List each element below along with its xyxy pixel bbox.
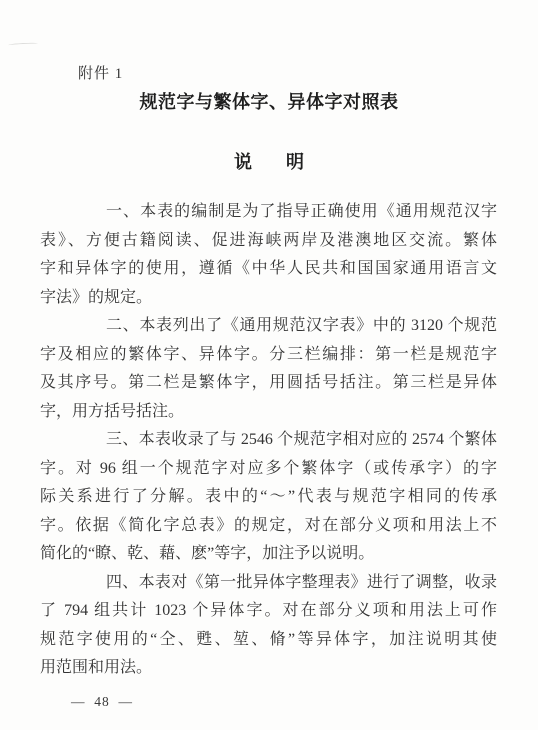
paragraph-4: 四、本表对《第一批异体字整理表》进行了调整，收录 了 794 组共计 1023 … — [40, 569, 497, 683]
section-heading: 说 明 — [0, 148, 538, 174]
paragraph-line: 三、本表收录了与 2546 个规范字相对应的 2574 个繁体 — [40, 426, 497, 455]
paragraph-line: 字及相应的繁体字、异体字。分三栏编排：第一栏是规范字 — [40, 341, 497, 370]
paragraph-line: 字和异体字的使用，遵循《中华人民共和国国家通用语言文 — [40, 255, 497, 284]
attachment-label: 附件 1 — [78, 62, 123, 83]
paragraph-line: 表》、方便古籍阅读、促进海峡两岸及港澳地区交流。繁体 — [40, 227, 497, 256]
paragraph-2: 二、本表列出了《通用规范汉字表》中的 3120 个规范 字及相应的繁体字、异体字… — [40, 312, 497, 426]
scan-artifact-mark — [8, 42, 38, 47]
paragraph-line: 一、本表的编制是为了指导正确使用《通用规范汉字 — [40, 198, 497, 227]
paragraph-line: 了 794 组共计 1023 个异体字。对在部分义项和用法上可作 — [40, 597, 497, 626]
section-heading-char-1: 说 — [234, 148, 252, 174]
paragraph-line: 字。对 96 组一个规范字对应多个繁体字（或传承字）的字 — [40, 455, 497, 484]
page-number: — 48 — — [71, 694, 133, 710]
scanned-document-page: 附件 1 规范字与繁体字、异体字对照表 说 明 一、本表的编制是为了指导正确使用… — [0, 0, 538, 730]
paragraph-line: 二、本表列出了《通用规范汉字表》中的 3120 个规范 — [40, 312, 497, 341]
paragraph-line: 用范围和用法。 — [40, 654, 497, 683]
section-heading-char-2: 明 — [286, 148, 304, 174]
paragraph-1: 一、本表的编制是为了指导正确使用《通用规范汉字 表》、方便古籍阅读、促进海峡两岸… — [40, 198, 497, 312]
paragraph-line: 际关系进行了分解。表中的“～”代表与规范字相同的传承 — [40, 483, 497, 512]
paragraph-3: 三、本表收录了与 2546 个规范字相对应的 2574 个繁体 字。对 96 组… — [40, 426, 497, 569]
paragraph-line: 字法》的规定。 — [40, 284, 497, 313]
paragraph-line: 简化的“瞭、乾、藉、麽”等字，加注予以说明。 — [40, 540, 497, 569]
document-title: 规范字与繁体字、异体字对照表 — [0, 88, 538, 114]
paragraph-line: 及其序号。第二栏是繁体字，用圆括号括注。第三栏是异体 — [40, 369, 497, 398]
paragraph-line: 规范字使用的“仝、甦、堃、脩”等异体字，加注说明其使 — [40, 626, 497, 655]
paragraph-line: 四、本表对《第一批异体字整理表》进行了调整，收录 — [40, 569, 497, 598]
paragraph-line: 字，用方括号括注。 — [40, 398, 497, 427]
document-body: 一、本表的编制是为了指导正确使用《通用规范汉字 表》、方便古籍阅读、促进海峡两岸… — [40, 198, 497, 683]
paragraph-line: 字。依据《简化字总表》的规定，对在部分义项和用法上不 — [40, 512, 497, 541]
